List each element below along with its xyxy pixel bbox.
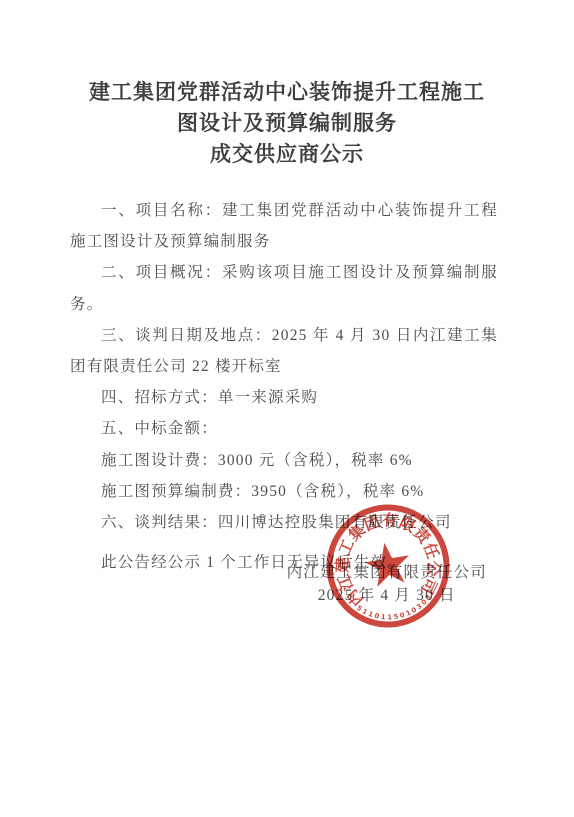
paragraph-procurement-method: 四、招标方式：单一来源采购 [70,382,498,413]
document-body: 一、项目名称：建工集团党群活动中心装饰提升工程施工图设计及预算编制服务 二、项目… [70,195,498,578]
signature-block: 内江建工集团有限责任公司 2025 年 4 月 30 日 [287,562,487,607]
paragraph-budget-fee: 施工图预算编制费：3950（含税），税率 6% [70,476,498,507]
svg-text:1: 1 [367,610,374,619]
document-page: 建工集团党群活动中心装饰提升工程施工 图设计及预算编制服务 成交供应商公示 一、… [0,0,574,817]
svg-text:1: 1 [387,613,392,621]
document-title-line-2: 图设计及预算编制服务 [0,108,574,139]
paragraph-project-name: 一、项目名称：建工集团党群活动中心装饰提升工程施工图设计及预算编制服务 [70,195,498,257]
svg-text:0: 0 [399,611,406,620]
document-title-line-1: 建工集团党群活动中心装饰提升工程施工 [0,77,574,108]
document-title: 建工集团党群活动中心装饰提升工程施工 图设计及预算编制服务 成交供应商公示 [0,77,574,170]
svg-text:1: 1 [405,608,413,617]
signature-organization: 内江建工集团有限责任公司 [287,562,487,585]
svg-text:1: 1 [361,607,369,616]
paragraph-award-amount: 五、中标金额： [70,413,498,444]
paragraph-negotiation-result: 六、谈判结果：四川博达控股集团有限责任公司 [70,507,498,538]
paragraph-project-overview: 二、项目概况：采购该项目施工图设计及预算编制服务。 [70,257,498,319]
signature-date: 2025 年 4 月 30 日 [287,585,487,608]
svg-text:0: 0 [374,612,381,621]
paragraph-negotiation-date-location: 三、谈判日期及地点：2025 年 4 月 30 日内江建工集团有限责任公司 22… [70,320,498,382]
svg-text:5: 5 [393,612,399,621]
document-title-line-3: 成交供应商公示 [0,139,574,170]
svg-text:1: 1 [380,613,386,621]
paragraph-design-fee: 施工图设计费：3000 元（含税），税率 6% [70,445,498,476]
